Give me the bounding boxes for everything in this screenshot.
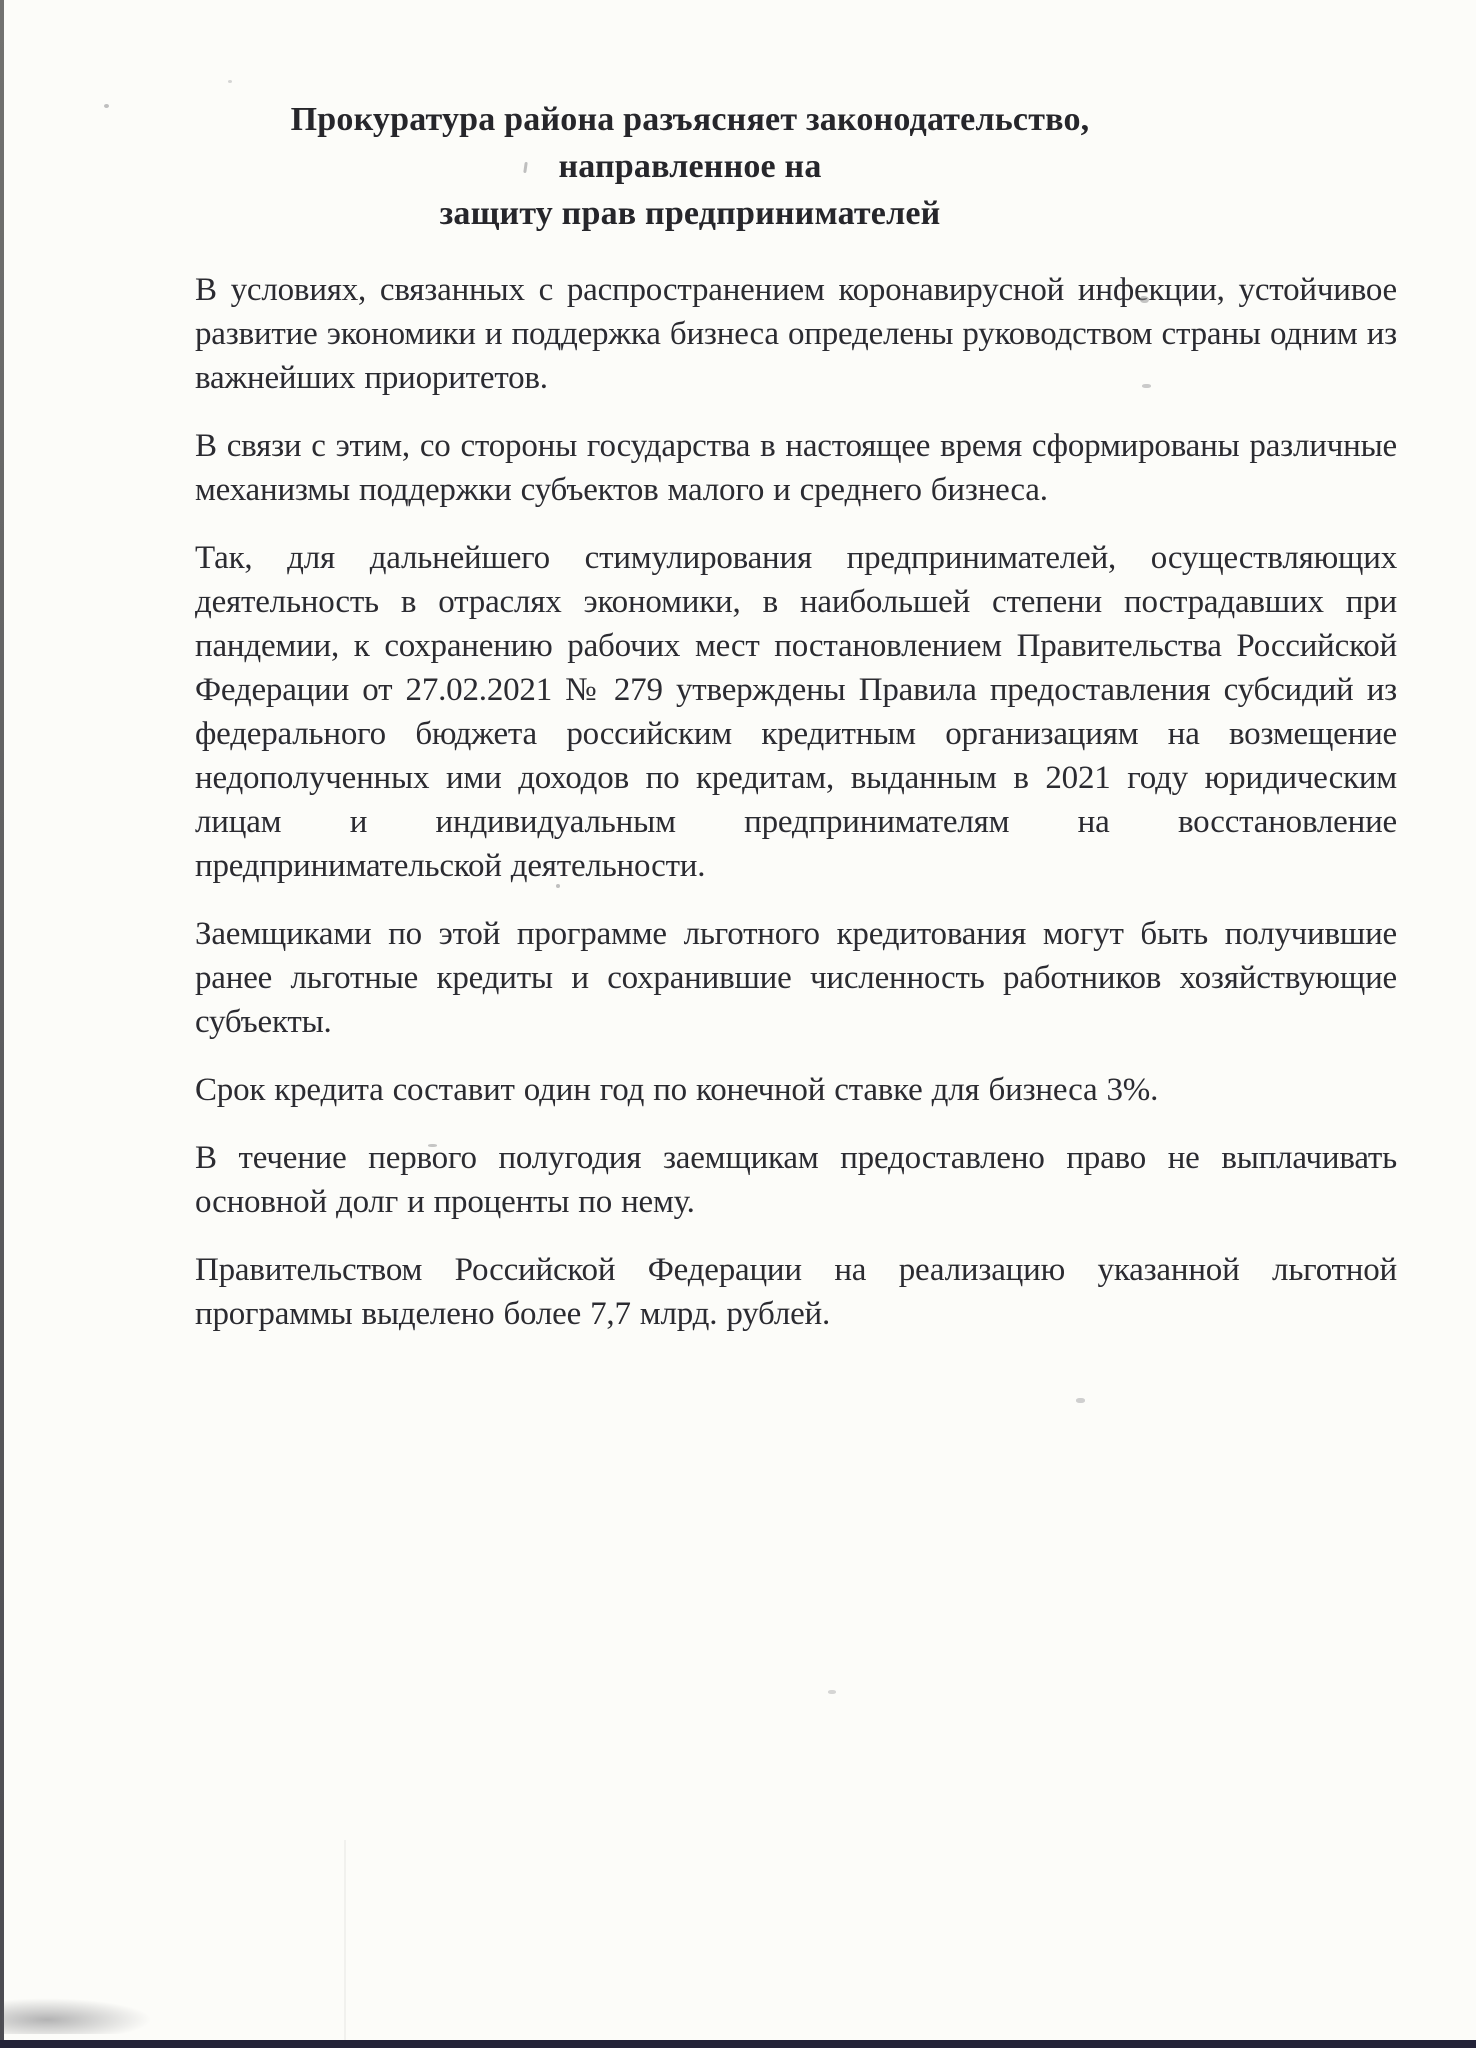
- scan-speck: [1142, 384, 1151, 388]
- paragraph-loan-term: Срок кредита составит один год по конечн…: [195, 1068, 1397, 1112]
- document-title: Прокуратура района разъясняет законодате…: [190, 96, 1190, 237]
- document-title-line-1: Прокуратура района разъясняет законодате…: [291, 101, 1090, 185]
- scan-speck: [228, 80, 232, 83]
- scan-speck: [104, 104, 109, 108]
- paragraph-borrowers: Заемщиками по этой программе льготного к…: [195, 912, 1397, 1044]
- scan-speck: [428, 1144, 437, 1147]
- scan-edge-left: [0, 0, 4, 2048]
- document-title-line-2: защиту прав предпринимателей: [440, 195, 941, 232]
- paragraph-funding: Правительством Российской Федерации на р…: [195, 1248, 1397, 1336]
- document-body: В условиях, связанных с распространением…: [195, 268, 1397, 1360]
- scan-edge-bottom: [0, 2040, 1476, 2048]
- scan-speck: [556, 884, 560, 888]
- scan-speck: [828, 1690, 836, 1694]
- scan-speck: [1140, 296, 1149, 303]
- paragraph-decree-279: Так, для дальнейшего стимулирования пред…: [195, 536, 1397, 888]
- paragraph-grace-period: В течение первого полугодия заемщикам пр…: [195, 1136, 1397, 1224]
- paragraph-intro: В условиях, связанных с распространением…: [195, 268, 1397, 400]
- scan-smudge: [2, 1998, 152, 2034]
- scan-streak: [344, 1840, 346, 2040]
- scanned-document-page: Прокуратура района разъясняет законодате…: [0, 0, 1476, 2048]
- paragraph-support-mechanisms: В связи с этим, со стороны государства в…: [195, 424, 1397, 512]
- scan-speck: [1076, 1398, 1085, 1403]
